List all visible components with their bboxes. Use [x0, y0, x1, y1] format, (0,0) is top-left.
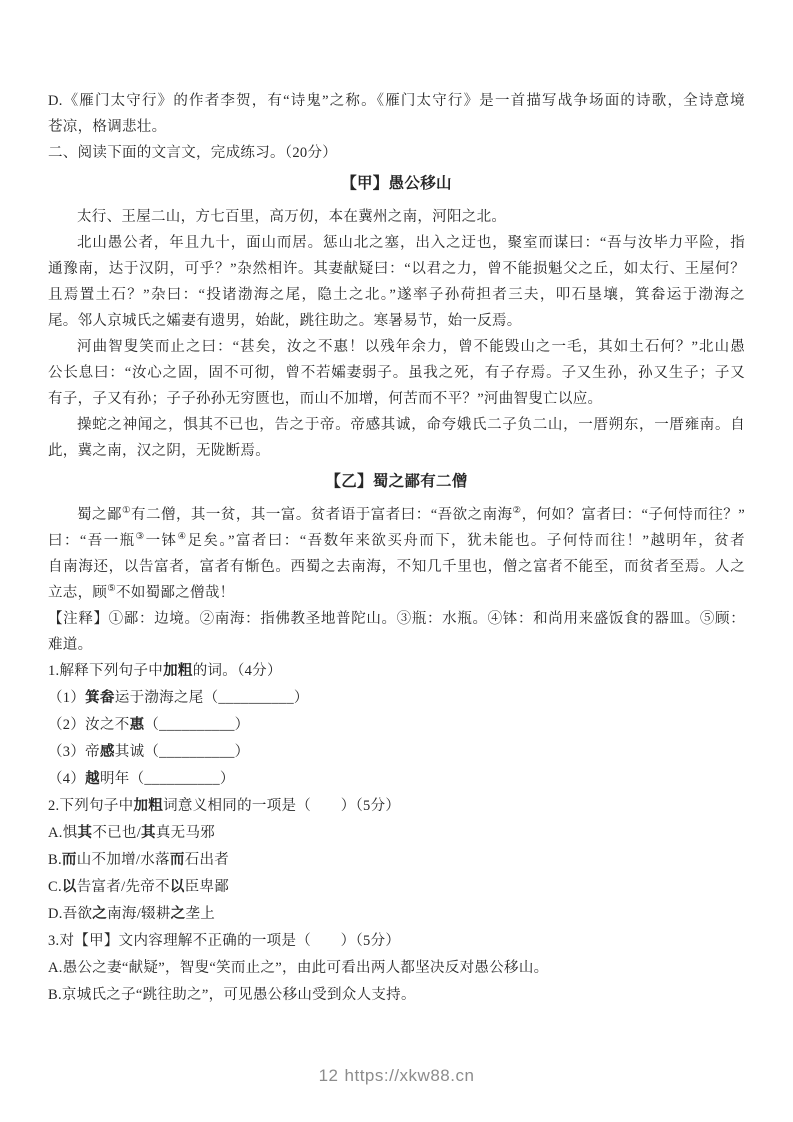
text-run: D.吾欲: [48, 906, 92, 922]
text-run: 南海/辍耕: [107, 906, 171, 922]
bold-term: 之: [171, 906, 186, 922]
text-run: 一钵: [146, 533, 178, 549]
question-1-item: （1）箕畚运于渤海之尾（__________）: [48, 685, 745, 712]
question-2-option: A.惧其不已也/其真无马邪: [48, 820, 745, 847]
passage-yi-title: 【乙】蜀之鄙有二僧: [48, 469, 745, 495]
text-run: 3.对【甲】文内容理解不正确的一项是（ ）（5分）: [48, 933, 400, 949]
passage-yi-line: 蜀之鄙①有二僧，其一贫，其一富。贫者语于富者曰：“吾欲之南海②，何如？富者曰：“…: [48, 502, 745, 528]
bold-term: 之: [92, 906, 107, 922]
passage-jia-line: 北山愚公者，年且九十，面山而居。惩山北之塞，出入之迂也，聚室而谋曰：“吾与汝毕力…: [48, 230, 745, 256]
passage-jia-title: 【甲】愚公移山: [48, 171, 745, 197]
bold-term: 其: [78, 825, 93, 841]
text-run: 操蛇之神闻之，惧其不已也，告之于帝。帝感其诚，命夸娥氏二子负二山，一厝朔东，一厝…: [77, 417, 745, 433]
text-run: 公长息曰：“汝心之固，固不可彻，曾不若孀妻弱子。虽我之死，有子存焉。子又生孙，孙…: [48, 365, 745, 381]
question-2-option: B.而山不加增/水落而石出者: [48, 847, 745, 874]
text-run: 【乙】蜀之鄙有二僧: [325, 473, 467, 490]
passage-jia-line: 此，冀之南，汉之阴，无陇断焉。: [48, 438, 745, 464]
text-run: 曰：“吾一瓶: [48, 533, 136, 549]
superscript-ref: ②: [513, 506, 522, 516]
text-run: ，何如？富者曰：“子何恃而往？”: [522, 507, 745, 523]
text-run: 不已也/: [92, 825, 141, 841]
text-run: （4）: [48, 771, 85, 787]
passage-jia-line: 尾。邻人京城氏之孀妻有遗男，始龀，跳往助之。寒暑易节，始一反焉。: [48, 308, 745, 334]
text-run: 词意义相同的一项是（ ）（5分）: [163, 798, 400, 814]
passage-yi-line: 曰：“吾一瓶③一钵④足矣。”富者曰：“吾数年来欲买舟而下，犹未能也。子何恃而往！…: [48, 528, 745, 554]
text-run: 运于渤海之尾（__________）: [115, 690, 309, 706]
text-run: 【甲】愚公移山: [341, 175, 452, 192]
text-run: 有二僧，其一贫，其一富。贫者语于富者曰：“吾欲之南海: [131, 507, 513, 523]
text-run: A.愚公之妻“献疑”，智叟“笑而止之”，由此可看出两人都坚决反对愚公移山。: [48, 960, 548, 976]
text-run: 北山愚公者，年且九十，面山而居。惩山北之塞，出入之迂也，聚室而谋曰：“吾与汝毕力…: [77, 235, 745, 251]
text-run: 蜀之鄙: [77, 507, 122, 523]
text-run: 此，冀之南，汉之阴，无陇断焉。: [48, 443, 270, 459]
annotations-line: 【注释】①鄙：边境。②南海：指佛教圣地普陀山。③瓶：水瓶。④钵：和尚用来盛饭食的…: [48, 606, 745, 632]
page-footer: 12https://xkw88.cn: [0, 1066, 793, 1086]
text-run: 苍凉，格调悲壮。: [48, 119, 166, 135]
question-2-option: D.吾欲之南海/辍耕之垄上: [48, 901, 745, 928]
document-body: D.《雁门太守行》的作者李贺，有“诗鬼”之称。《雁门太守行》是一首描写战争场面的…: [48, 88, 745, 1009]
passage-yi-line: 立志，顾⑤不如蜀鄙之僧哉！: [48, 580, 745, 606]
text-run: 臣卑鄙: [185, 879, 229, 895]
text-run: B.: [48, 852, 62, 868]
section-2-heading: 二、阅读下面的文言文，完成练习。（20分）: [48, 140, 745, 166]
text-run: 难道。: [48, 637, 92, 653]
superscript-ref: ④: [178, 532, 188, 542]
bold-term: 箕畚: [85, 690, 115, 706]
text-run: （__________）: [144, 717, 249, 733]
text-run: 石出者: [185, 852, 229, 868]
bold-term: 惠: [130, 717, 145, 733]
question-3-stem: 3.对【甲】文内容理解不正确的一项是（ ）（5分）: [48, 928, 745, 955]
question-2-option: C.以告富者/先帝不以臣卑鄙: [48, 874, 745, 901]
bold-term: 其: [141, 825, 156, 841]
bold-term: 以: [62, 879, 77, 895]
annotations-line: 难道。: [48, 632, 745, 658]
passage-jia-line: 太行、王屋二山，方七百里，高万仞，本在冀州之南，河阳之北。: [48, 204, 745, 230]
passage-jia-line: 且焉置土石？”杂曰：“投诸渤海之尾，隐土之北。”遂率子孙荷担者三夫，叩石垦壤，箕…: [48, 282, 745, 308]
text-run: C.: [48, 879, 62, 895]
text-run: D.《雁门太守行》的作者李贺，有“诗鬼”之称。《雁门太守行》是一首描写战争场面的…: [48, 93, 745, 109]
text-run: 告富者/先帝不: [77, 879, 170, 895]
bold-term: 而: [62, 852, 77, 868]
text-run: 垄上: [185, 906, 215, 922]
text-run: 其诚（__________）: [115, 744, 250, 760]
text-run: 自南海还，以告富者，富者有惭色。西蜀之去南海，不知几千里也，僧之富者不能至，而贫…: [48, 559, 745, 575]
superscript-ref: ③: [136, 532, 146, 542]
passage-jia-line: 通豫南，达于汉阴，可乎？”杂然相许。其妻献疑曰：“以君之力，曾不能损魁父之丘，如…: [48, 256, 745, 282]
text-run: 的词。（4分）: [193, 663, 282, 679]
bold-term: 而: [170, 852, 185, 868]
superscript-ref: ①: [122, 506, 131, 516]
exam-paper-page: D.《雁门太守行》的作者李贺，有“诗鬼”之称。《雁门太守行》是一首描写战争场面的…: [0, 0, 793, 1122]
question-3-option: A.愚公之妻“献疑”，智叟“笑而止之”，由此可看出两人都坚决反对愚公移山。: [48, 955, 745, 982]
passage-jia-line: 操蛇之神闻之，惧其不已也，告之于帝。帝感其诚，命夸娥氏二子负二山，一厝朔东，一厝…: [48, 412, 745, 438]
passage-yi-line: 自南海还，以告富者，富者有惭色。西蜀之去南海，不知几千里也，僧之富者不能至，而贫…: [48, 554, 745, 580]
text-run: A.惧: [48, 825, 78, 841]
page-number: 12: [319, 1066, 339, 1085]
question-1-stem: 1.解释下列句子中加粗的词。（4分）: [48, 658, 745, 685]
bold-term: 加粗: [163, 663, 193, 679]
text-run: （3）帝: [48, 744, 100, 760]
text-run: 【注释】①鄙：边境。②南海：指佛教圣地普陀山。③瓶：水瓶。④钵：和尚用来盛饭食的…: [48, 611, 745, 627]
question-3-option: B.京城氏之子“跳往助之”，可见愚公移山受到众人支持。: [48, 982, 745, 1009]
choice-d-line2: 苍凉，格调悲壮。: [48, 114, 745, 140]
text-run: 真无马邪: [156, 825, 215, 841]
bold-term: 感: [100, 744, 115, 760]
watermark-url: https://xkw88.cn: [345, 1066, 475, 1085]
text-run: 足矣。”富者曰：“吾数年来欲买舟而下，犹未能也。子何恃而往！”越明年，贫者: [187, 533, 745, 549]
bold-term: 越: [85, 771, 100, 787]
text-run: 通豫南，达于汉阴，可乎？”杂然相许。其妻献疑曰：“以君之力，曾不能损魁父之丘，如…: [48, 261, 745, 277]
text-run: 2.下列句子中: [48, 798, 133, 814]
text-run: 1.解释下列句子中: [48, 663, 163, 679]
text-run: B.京城氏之子“跳往助之”，可见愚公移山受到众人支持。: [48, 987, 416, 1003]
text-run: 有子，子又有孙；子子孙孙无穷匮也，而山不加增，何苦而不平？”河曲智叟亡以应。: [48, 391, 602, 407]
text-run: 山不加增/水落: [77, 852, 170, 868]
passage-jia-line: 河曲智叟笑而止之曰：“甚矣，汝之不惠！以残年余力，曾不能毁山之一毛，其如土石何？…: [48, 334, 745, 360]
text-run: 太行、王屋二山，方七百里，高万仞，本在冀州之南，河阳之北。: [77, 209, 506, 225]
text-run: 不如蜀鄙之僧哉！: [116, 585, 234, 601]
question-1-item: （4）越明年（__________）: [48, 766, 745, 793]
text-run: 且焉置土石？”杂曰：“投诸渤海之尾，隐土之北。”遂率子孙荷担者三夫，叩石垦壤，箕…: [48, 287, 745, 303]
passage-jia-line: 有子，子又有孙；子子孙孙无穷匮也，而山不加增，何苦而不平？”河曲智叟亡以应。: [48, 386, 745, 412]
passage-jia-line: 公长息曰：“汝心之固，固不可彻，曾不若孀妻弱子。虽我之死，有子存焉。子又生孙，孙…: [48, 360, 745, 386]
text-run: 立志，顾: [48, 585, 107, 601]
text-run: 尾。邻人京城氏之孀妻有遗男，始龀，跳往助之。寒暑易节，始一反焉。: [48, 313, 522, 329]
question-2-stem: 2.下列句子中加粗词意义相同的一项是（ ）（5分）: [48, 793, 745, 820]
question-1-item: （3）帝感其诚（__________）: [48, 739, 745, 766]
text-run: 河曲智叟笑而止之曰：“甚矣，汝之不惠！以残年余力，曾不能毁山之一毛，其如土石何？…: [77, 339, 745, 355]
text-run: （1）: [48, 690, 85, 706]
bold-term: 加粗: [133, 798, 163, 814]
choice-d-line1: D.《雁门太守行》的作者李贺，有“诗鬼”之称。《雁门太守行》是一首描写战争场面的…: [48, 88, 745, 114]
text-run: 二、阅读下面的文言文，完成练习。（20分）: [48, 145, 337, 161]
question-1-item: （2）汝之不惠（__________）: [48, 712, 745, 739]
superscript-ref: ⑤: [107, 584, 116, 594]
text-run: （2）汝之不: [48, 717, 130, 733]
bold-term: 以: [170, 879, 185, 895]
text-run: 明年（__________）: [100, 771, 235, 787]
